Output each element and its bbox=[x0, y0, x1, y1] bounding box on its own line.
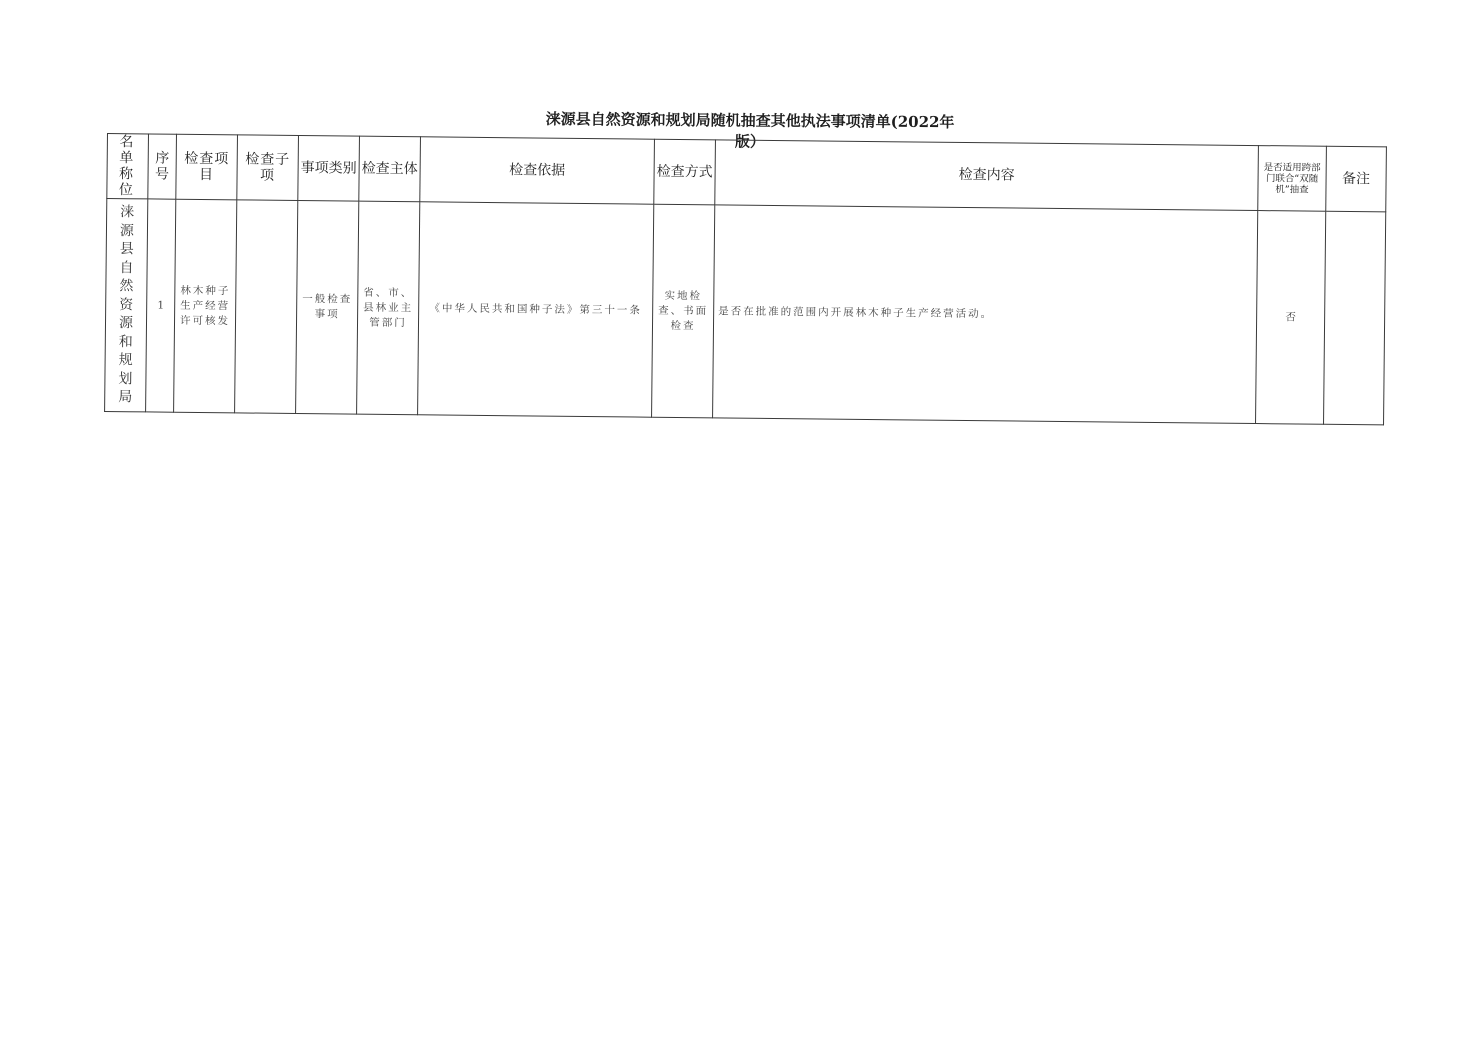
header-check-method: 检查方式 bbox=[654, 139, 716, 205]
cell-remarks bbox=[1324, 211, 1386, 425]
cell-check-item: 林木种子生产经营许可核发 bbox=[174, 199, 237, 413]
cell-check-method: 实地检查、书面检查 bbox=[652, 204, 715, 418]
cell-joint-random-check: 否 bbox=[1256, 211, 1326, 425]
cell-unit-name: 涞源县自然资源和规划局 bbox=[105, 199, 148, 412]
header-check-subitem: 检查子项 bbox=[237, 135, 299, 201]
cell-check-basis: 《中华人民共和国种子法》第三十一条 bbox=[418, 202, 654, 417]
inspection-table-container: 名单称位 序号 检查项目 检查子项 事项类别 检查主体 检查依据 检查方式 检查… bbox=[104, 133, 1386, 425]
header-check-subject: 检查主体 bbox=[359, 136, 421, 202]
header-remarks: 备注 bbox=[1326, 146, 1387, 212]
header-seq: 序号 bbox=[148, 134, 177, 199]
cell-check-content: 是否在批准的范围内开展林木种子生产经营活动。 bbox=[713, 205, 1258, 424]
cell-item-category: 一般检查事项 bbox=[296, 201, 359, 415]
cell-check-subject: 省、市、县林业主管部门 bbox=[357, 201, 420, 415]
header-item-category: 事项类别 bbox=[298, 136, 360, 202]
table-row: 涞源县自然资源和规划局 1 林木种子生产经营许可核发 一般检查事项 省、市、县林… bbox=[105, 199, 1386, 425]
header-unit-name: 名单称位 bbox=[107, 134, 149, 199]
cell-seq: 1 bbox=[146, 199, 176, 412]
header-check-item: 检查项目 bbox=[176, 134, 238, 200]
cell-check-subitem bbox=[235, 200, 298, 414]
header-joint-random-check: 是否适用跨部门联合“双随机”抽查 bbox=[1258, 146, 1327, 212]
inspection-table: 名单称位 序号 检查项目 检查子项 事项类别 检查主体 检查依据 检查方式 检查… bbox=[104, 133, 1387, 425]
header-check-content: 检查内容 bbox=[715, 140, 1259, 211]
header-check-basis: 检查依据 bbox=[420, 137, 655, 204]
